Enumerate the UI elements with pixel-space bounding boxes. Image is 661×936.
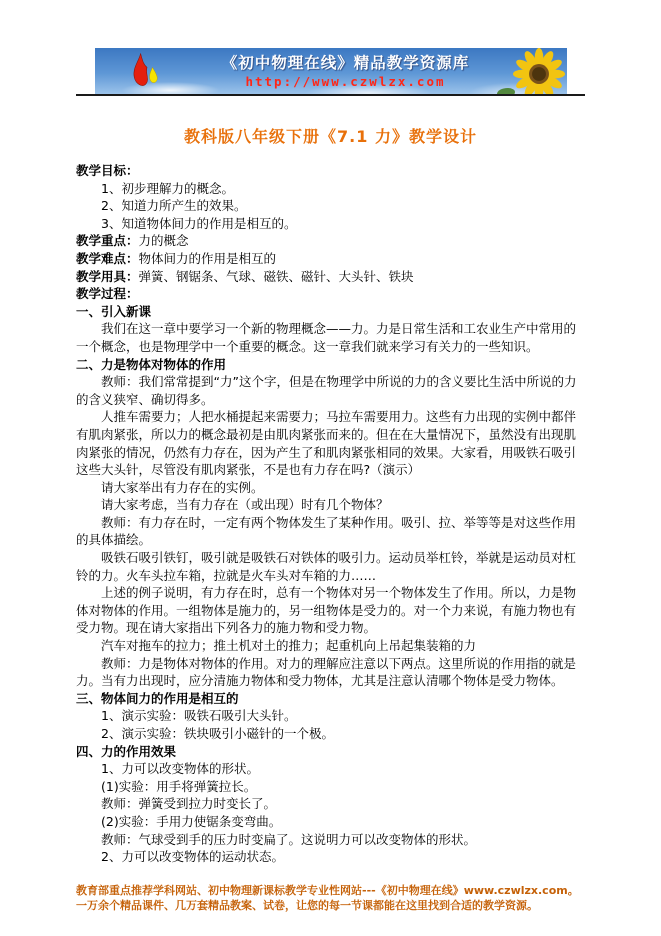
label-difficulty: 教学难点： [76, 251, 139, 266]
label-process: 教学过程： [76, 286, 139, 301]
objective-item: 1、初步理解力的概念。 [76, 180, 585, 198]
label-line-process: 教学过程： [76, 285, 585, 303]
doc-paragraph: 请大家考虑，当有力存在（或出现）时有几个物体？ [76, 496, 585, 514]
section-heading-4: 四、力的作用效果 [76, 743, 585, 761]
label-text: 力的概念 [139, 233, 189, 248]
doc-paragraph: 教师：有力存在时，一定有两个物体发生了某种作用。吸引、拉、举等等是对这些作用的具… [76, 514, 585, 549]
site-banner: 《初中物理在线》精品教学资源库 http://www.czwlzx.com [95, 48, 567, 94]
doc-paragraph: 我们在这一章中要学习一个新的物理概念——力。力是日常生活和工农业生产中常用的一个… [76, 320, 585, 355]
effect-item: 2、力可以改变物体的运动状态。 [76, 848, 585, 866]
teacher-note: 教师：气球受到手的压力时变扁了。这说明力可以改变物体的形状。 [76, 831, 585, 849]
label-objectives: 教学目标： [76, 163, 139, 178]
objective-item: 3、知道物体间力的作用是相互的。 [76, 215, 585, 233]
document-page: 《初中物理在线》精品教学资源库 http://www.czwlzx.com [0, 48, 661, 914]
doc-paragraph: 汽车对拖车的拉力；推土机对土的推力；起重机向上吊起集装箱的力 [76, 637, 585, 655]
page-header: 《初中物理在线》精品教学资源库 http://www.czwlzx.com [76, 48, 585, 96]
section-heading-3: 三、物体间力的作用是相互的 [76, 690, 585, 708]
experiment-item: (1)实验：用手将弹簧拉长。 [76, 778, 585, 796]
doc-paragraph: 吸铁石吸引铁钉，吸引就是吸铁石对铁体的吸引力。运动员举杠铃，举就是运动员对杠铃的… [76, 549, 585, 584]
experiment-item: (2)实验：手用力使锯条变弯曲。 [76, 813, 585, 831]
label-line-objectives: 教学目标： [76, 162, 585, 180]
doc-paragraph: 教师：我们常常提到“力”这个字，但是在物理学中所说的力的含义要比生活中所说的力的… [76, 373, 585, 408]
experiment-item: 2、演示实验：铁块吸引小磁针的一个极。 [76, 725, 585, 743]
label-tools: 教学用具： [76, 269, 139, 284]
label-line-key-point: 教学重点：力的概念 [76, 232, 585, 250]
label-line-tools: 教学用具：弹簧、钢锯条、气球、磁铁、磁针、大头针、铁块 [76, 268, 585, 286]
label-line-difficulty: 教学难点：物体间力的作用是相互的 [76, 250, 585, 268]
teacher-note: 教师：弹簧受到拉力时变长了。 [76, 795, 585, 813]
effect-item: 1、力可以改变物体的形状。 [76, 760, 585, 778]
page-footer: 教育部重点推荐学科网站、初中物理新课标教学专业性网站---《初中物理在线》www… [76, 883, 585, 914]
doc-paragraph: 上述的例子说明，有力存在时，总有一个物体对另一个物体发生了作用。所以，力是物体对… [76, 584, 585, 637]
objective-item: 2、知道力所产生的效果。 [76, 197, 585, 215]
doc-paragraph: 教师：力是物体对物体的作用。对力的理解应注意以下两点。这里所说的作用指的就是力。… [76, 655, 585, 690]
banner-site-name: 《初中物理在线》精品教学资源库 [185, 51, 507, 73]
section-heading-2: 二、力是物体对物体的作用 [76, 356, 585, 374]
document-body: 教学目标： 1、初步理解力的概念。 2、知道力所产生的效果。 3、知道物体间力的… [76, 162, 585, 866]
label-key-point: 教学重点： [76, 233, 139, 248]
sunflower-icon [513, 48, 565, 94]
doc-paragraph: 请大家举出有力存在的实例。 [76, 479, 585, 497]
label-text: 物体间力的作用是相互的 [139, 251, 277, 266]
doc-paragraph: 人推车需要力；人把水桶提起来需要力；马拉车需要用力。这些有力出现的实例中都伴有肌… [76, 408, 585, 478]
flame-logo-icon [127, 52, 167, 90]
label-text: 弹簧、钢锯条、气球、磁铁、磁针、大头针、铁块 [139, 269, 414, 284]
banner-text: 《初中物理在线》精品教学资源库 http://www.czwlzx.com [185, 51, 507, 89]
footer-text: 教育部重点推荐学科网站、初中物理新课标教学专业性网站---《初中物理在线》www… [76, 883, 585, 914]
banner-site-url[interactable]: http://www.czwlzx.com [185, 74, 507, 89]
experiment-item: 1、演示实验：吸铁石吸引大头针。 [76, 707, 585, 725]
section-heading-1: 一、引入新课 [76, 303, 585, 321]
document-title: 教科版八年级下册《7.1 力》教学设计 [76, 124, 585, 147]
